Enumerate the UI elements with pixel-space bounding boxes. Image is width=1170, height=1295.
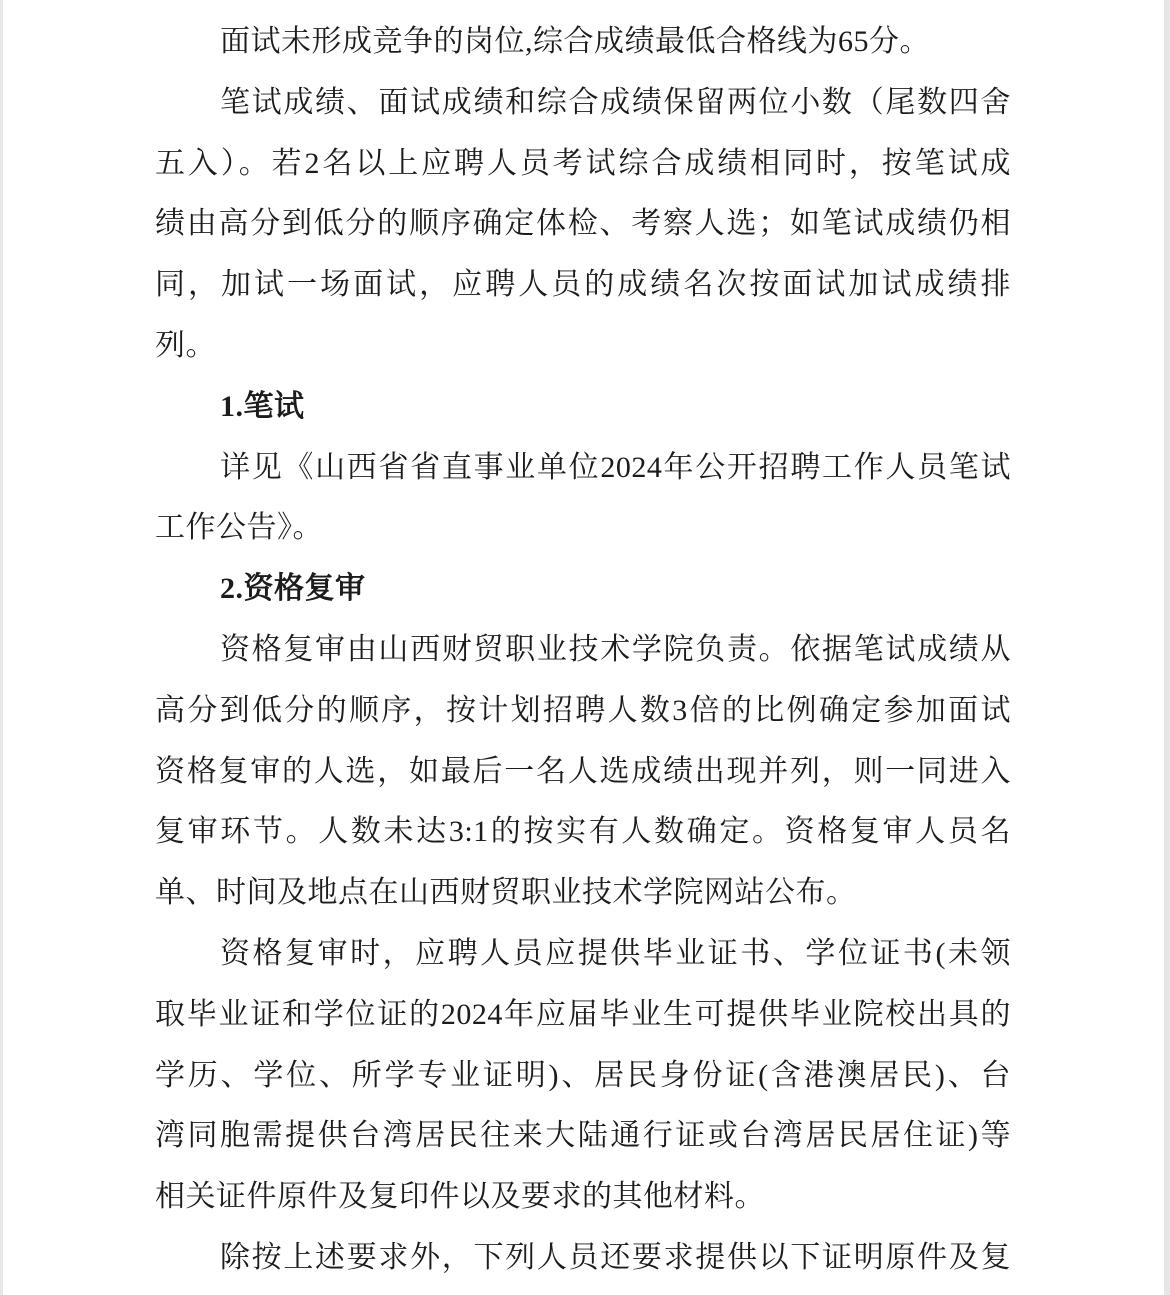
text-line: 湾同胞需提供台湾居民往来大陆通行证或台湾居民居住证)等 (155, 1106, 1011, 1167)
document-page: 面试未形成竞争的岗位,综合成绩最低合格线为65分。笔试成绩、面试成绩和综合成绩保… (3, 0, 1164, 1295)
text-line: 高分到低分的顺序，按计划招聘人数3倍的比例确定参加面试 (155, 681, 1011, 742)
text-line: 除按上述要求外，下列人员还要求提供以下证明原件及复 (155, 1228, 1011, 1289)
text-line: 绩由高分到低分的顺序确定体检、考察人选；如笔试成绩仍相 (155, 194, 1011, 255)
text-line: 资格复审由山西财贸职业技术学院负责。依据笔试成绩从 (155, 620, 1011, 681)
text-line: 取毕业证和学位证的2024年应届毕业生可提供毕业院校出具的 (155, 985, 1011, 1046)
section-heading: 2.资格复审 (155, 559, 1011, 620)
text-line: 相关证件原件及复印件以及要求的其他材料。 (155, 1167, 1011, 1228)
text-line: 资格复审时，应聘人员应提供毕业证书、学位证书(未领 (155, 924, 1011, 985)
text-line: 学历、学位、所学专业证明)、居民身份证(含港澳居民)、台 (155, 1046, 1011, 1107)
text-line: 资格复审的人选，如最后一名人选成绩出现并列，则一同进入 (155, 742, 1011, 803)
text-line: 单、时间及地点在山西财贸职业技术学院网站公布。 (155, 863, 1011, 924)
text-line: 工作公告》。 (155, 498, 1011, 559)
text-line: 面试未形成竞争的岗位,综合成绩最低合格线为65分。 (155, 12, 1011, 73)
text-line: 列。 (155, 316, 1011, 377)
section-heading: 1.笔试 (155, 377, 1011, 438)
text-line: 五入）。若2名以上应聘人员考试综合成绩相同时，按笔试成 (155, 134, 1011, 195)
text-line: 同，加试一场面试，应聘人员的成绩名次按面试加试成绩排 (155, 255, 1011, 316)
document-body: 面试未形成竞争的岗位,综合成绩最低合格线为65分。笔试成绩、面试成绩和综合成绩保… (155, 12, 1011, 1289)
text-line: 复审环节。人数未达3:1的按实有人数确定。资格复审人员名 (155, 802, 1011, 863)
text-line: 笔试成绩、面试成绩和综合成绩保留两位小数（尾数四舍 (155, 73, 1011, 134)
text-line: 详见《山西省省直事业单位2024年公开招聘工作人员笔试 (155, 438, 1011, 499)
